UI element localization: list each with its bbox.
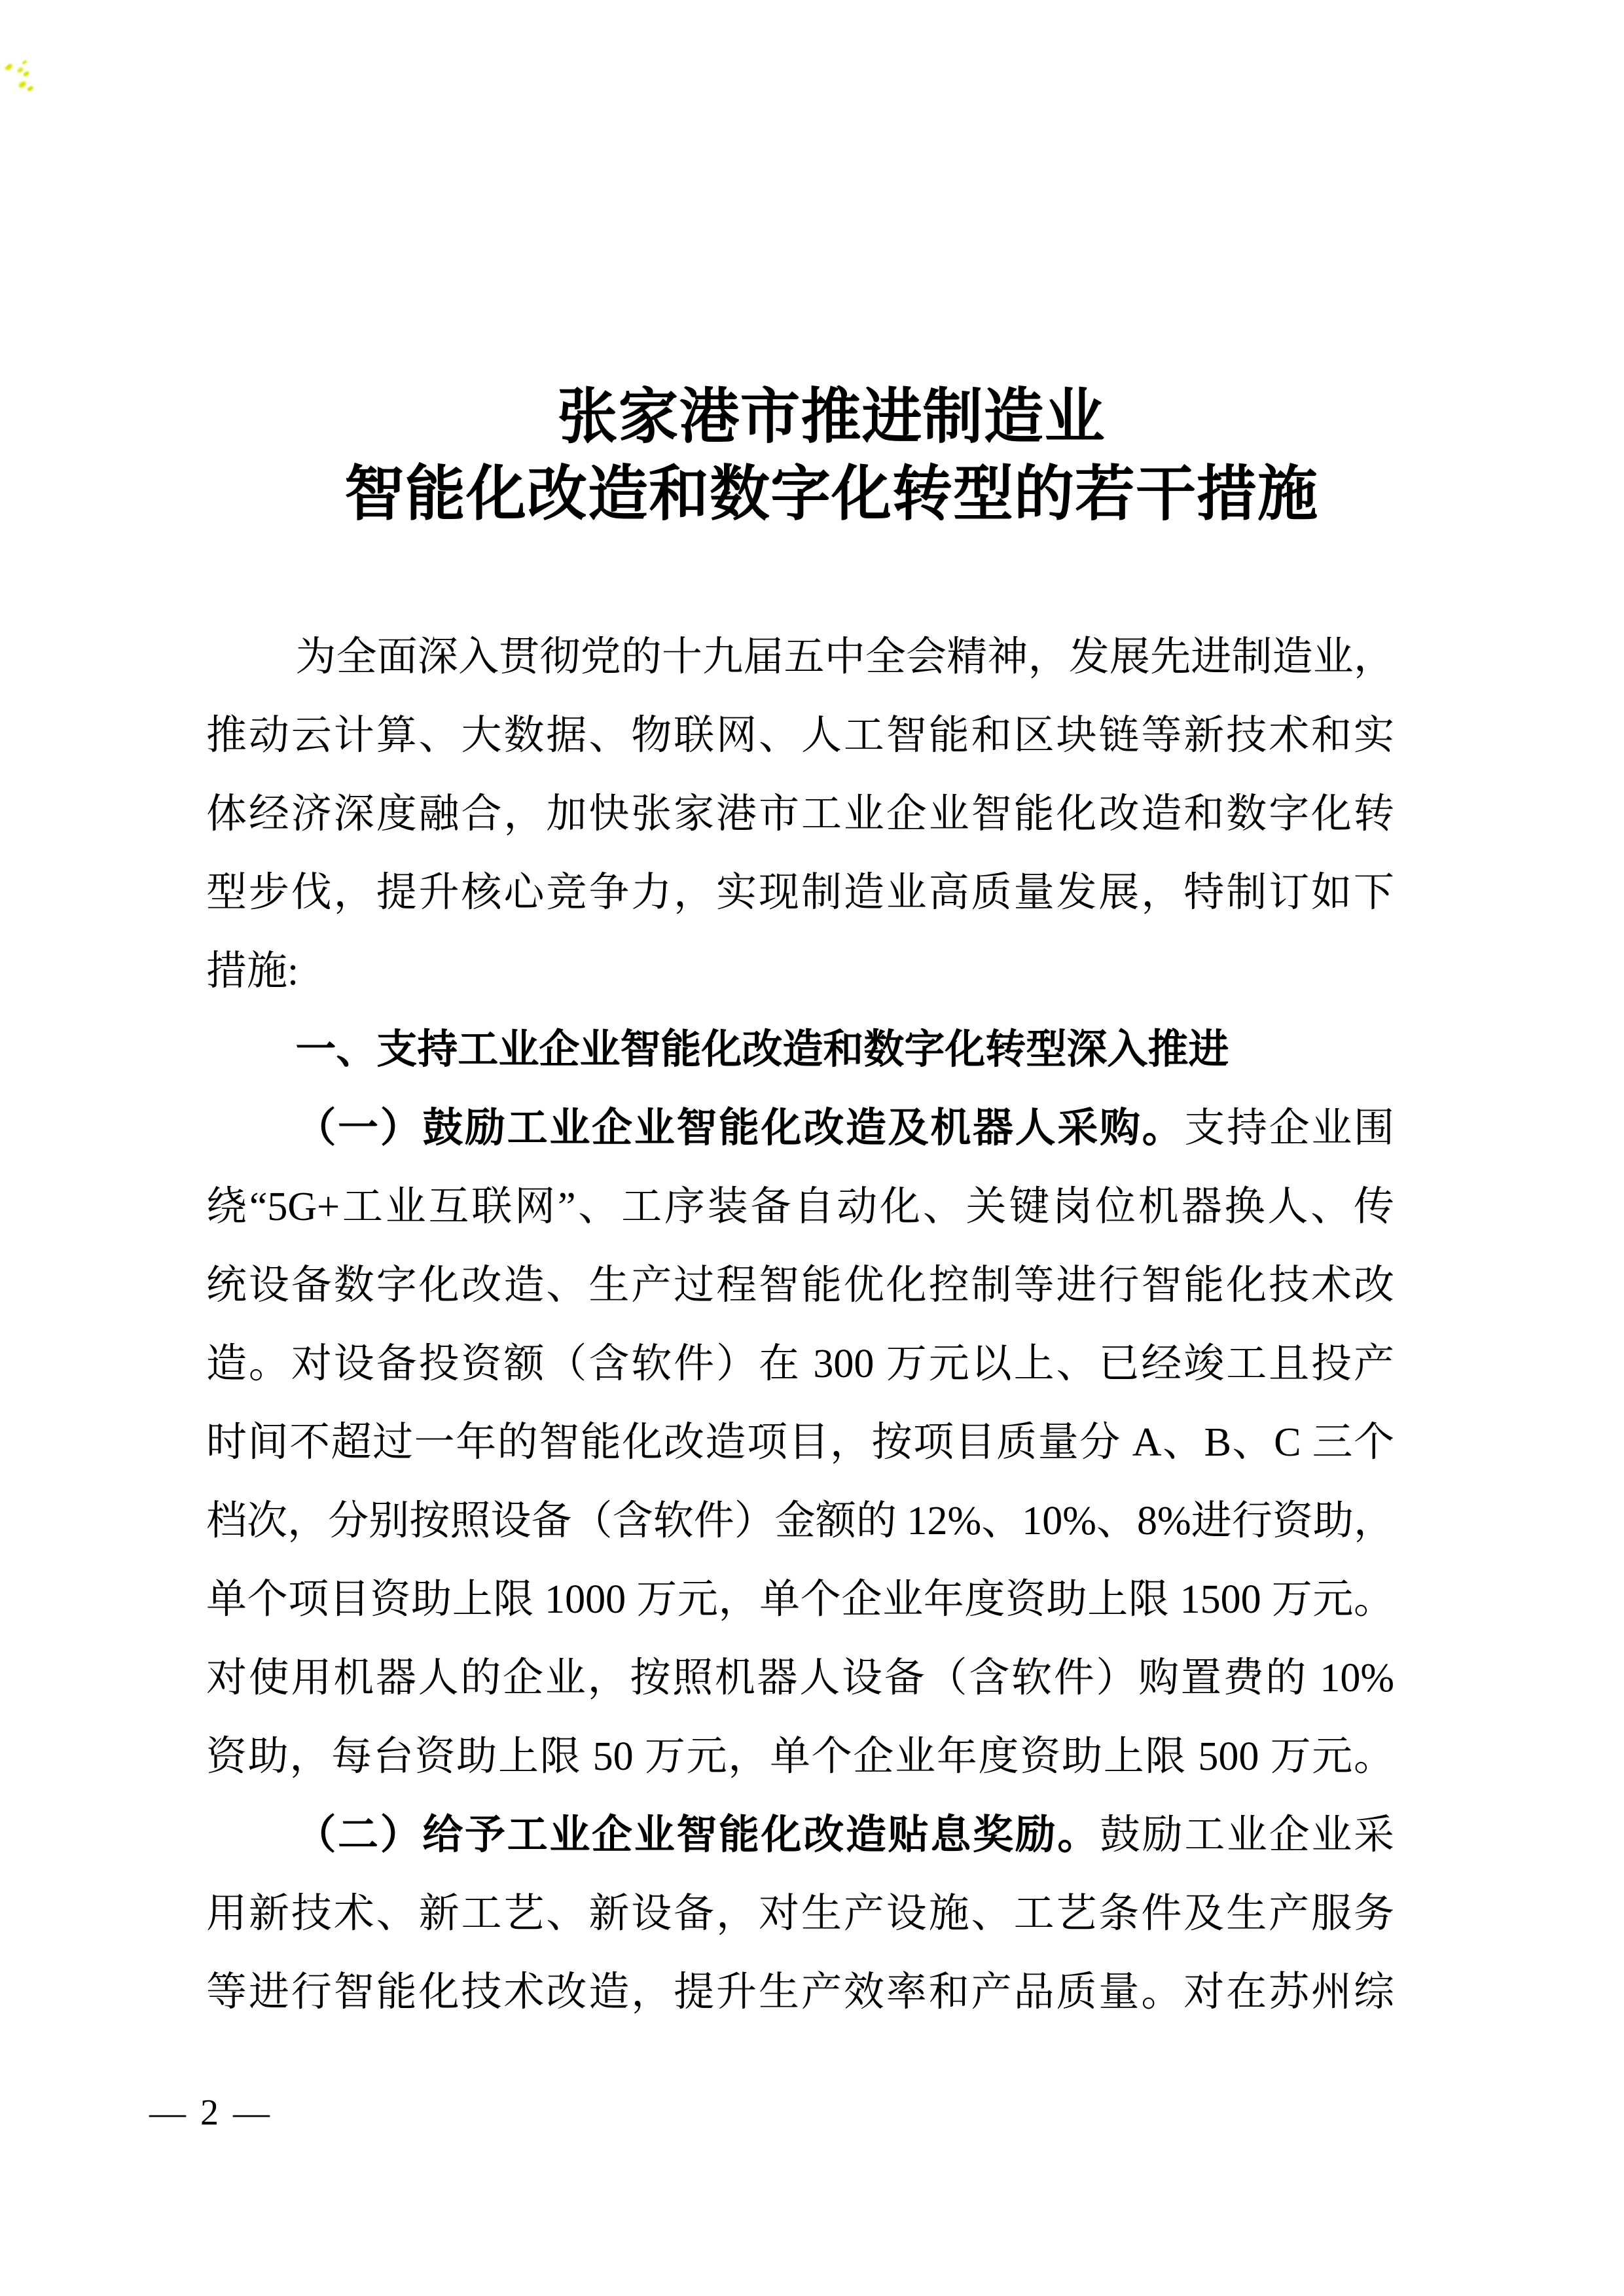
item-1-line-5: 时间不超过一年的智能化改造项目，按项目质量分 A、B、C 三个 — [206, 1403, 1394, 1482]
page-footer: — 2 — — [149, 2092, 272, 2134]
item-1-line-9: 资助，每台资助上限 50 万元，单个企业年度资助上限 500 万元。 — [206, 1717, 1394, 1796]
scan-artifact — [0, 58, 10, 69]
text-segment: 统设备数字化改造、生产过程智能优化控制等进行智能化技术改 — [206, 1263, 1394, 1308]
text-segment: 对使用机器人的企业，按照机器人设备（含软件）购置费的 10% — [206, 1656, 1394, 1700]
text-segment: 体经济深度融合，加快张家港市工业企业智能化改造和数字化转 — [206, 792, 1394, 836]
text-segment: 时间不超过一年的智能化改造项目，按项目质量分 A、B、C 三个 — [206, 1420, 1394, 1465]
text-segment: 推动云计算、大数据、物联网、人工智能和区块链等新技术和实 — [206, 713, 1394, 758]
text-segment: 型步伐，提升核心竞争力，实现制造业高质量发展，特制订如下 — [206, 870, 1394, 915]
title-line-2: 智能化改造和数字化转型的若干措施 — [223, 456, 1440, 533]
item-2-line-2: 用新技术、新工艺、新设备，对生产设施、工艺条件及生产服务 — [206, 1874, 1394, 1953]
item-1-line-2: 绕“5G+工业互联网”、工序装备自动化、关键岗位机器换人、传 — [206, 1168, 1394, 1246]
text-segment: 鼓励工业企业采 — [1100, 1813, 1394, 1857]
document-title: 张家港市推进制造业 智能化改造和数字化转型的若干措施 — [223, 378, 1440, 533]
bold-text-segment: （二）给予工业企业智能化改造贴息奖励。 — [295, 1812, 1100, 1857]
item-1-line-4: 造。对设备投资额（含软件）在 300 万元以上、已经竣工且投产 — [206, 1325, 1394, 1403]
item-2-line-3: 等进行智能化技术改造，提升生产效率和产品质量。对在苏州综 — [206, 1953, 1394, 2032]
intro-line-3: 体经济深度融合，加快张家港市工业企业智能化改造和数字化转 — [206, 775, 1394, 853]
intro-line-5: 措施: — [206, 932, 1394, 1011]
section-1-heading: 一、支持工业企业智能化改造和数字化转型深入推进 — [206, 1011, 1394, 1089]
text-segment: 措施: — [206, 949, 298, 994]
intro-line-1: 为全面深入贯彻党的十九届五中全会精神，发展先进制造业， — [206, 618, 1394, 696]
text-segment: 资助，每台资助上限 50 万元，单个企业年度资助上限 500 万元。 — [206, 1734, 1394, 1779]
item-1-line-6: 档次，分别按照设备（含软件）金额的 12%、10%、8%进行资助， — [206, 1482, 1394, 1560]
document-body: 为全面深入贯彻党的十九届五中全会精神，发展先进制造业，推动云计算、大数据、物联网… — [206, 618, 1394, 2032]
text-segment: 单个项目资助上限 1000 万元，单个企业年度资助上限 1500 万元。 — [206, 1577, 1394, 1622]
item-2-line-1: （二）给予工业企业智能化改造贴息奖励。鼓励工业企业采 — [206, 1796, 1394, 1874]
text-segment: 造。对设备投资额（含软件）在 300 万元以上、已经竣工且投产 — [206, 1342, 1394, 1386]
text-segment: 档次，分别按照设备（含软件）金额的 12%、10%、8%进行资助， — [206, 1499, 1394, 1543]
page-number: — 2 — — [149, 2092, 272, 2133]
text-segment: 等进行智能化技术改造，提升生产效率和产品质量。对在苏州综 — [206, 1970, 1394, 2015]
intro-line-4: 型步伐，提升核心竞争力，实现制造业高质量发展，特制订如下 — [206, 853, 1394, 932]
text-segment: 用新技术、新工艺、新设备，对生产设施、工艺条件及生产服务 — [206, 1892, 1394, 1936]
item-1-line-1: （一）鼓励工业企业智能化改造及机器人采购。支持企业围 — [206, 1089, 1394, 1168]
bold-text-segment: 一、支持工业企业智能化改造和数字化转型深入推进 — [295, 1027, 1229, 1072]
item-1-line-3: 统设备数字化改造、生产过程智能优化控制等进行智能化技术改 — [206, 1246, 1394, 1325]
text-segment: 支持企业围 — [1184, 1106, 1394, 1151]
text-segment: 绕“5G+工业互联网”、工序装备自动化、关键岗位机器换人、传 — [206, 1185, 1394, 1229]
bold-text-segment: （一）鼓励工业企业智能化改造及机器人采购。 — [295, 1105, 1184, 1151]
text-segment: 为全面深入贯彻党的十九届五中全会精神，发展先进制造业， — [295, 635, 1394, 679]
document-page: 张家港市推进制造业 智能化改造和数字化转型的若干措施 为全面深入贯彻党的十九届五… — [0, 0, 1624, 2296]
intro-line-2: 推动云计算、大数据、物联网、人工智能和区块链等新技术和实 — [206, 696, 1394, 775]
item-1-line-7: 单个项目资助上限 1000 万元，单个企业年度资助上限 1500 万元。 — [206, 1560, 1394, 1639]
item-1-line-8: 对使用机器人的企业，按照机器人设备（含软件）购置费的 10% — [206, 1639, 1394, 1717]
title-line-1: 张家港市推进制造业 — [223, 378, 1440, 456]
